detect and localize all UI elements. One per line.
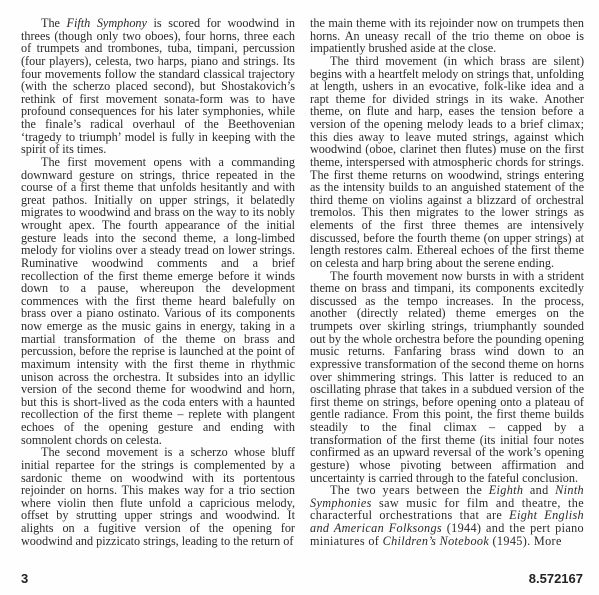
work-title: Children’s Notebook (383, 534, 490, 548)
right-column: the main theme with its rejoinder now on… (310, 17, 584, 547)
paragraph-first-movement: The first movement opens with a commandi… (21, 156, 295, 446)
page-number: 3 (21, 571, 28, 586)
text-span: (1945). More (489, 534, 562, 548)
catalogue-number: 8.572167 (529, 571, 583, 586)
paragraph-third-movement: The third movement (in which brass are s… (310, 55, 584, 270)
text-span: is scored for woodwind in threes (though… (21, 16, 295, 156)
paragraph-second-movement-continued: the main theme with its rejoinder now on… (310, 17, 584, 55)
booklet-page: The Fifth Symphony is scored for woodwin… (0, 0, 599, 595)
paragraph-second-movement: The second movement is a scherzo whose b… (21, 446, 295, 547)
paragraph-fourth-movement: The fourth movement now bursts in with a… (310, 270, 584, 485)
left-column: The Fifth Symphony is scored for woodwin… (21, 17, 295, 547)
paragraph-between-symphonies: The two years between the Eighth and Nin… (310, 484, 584, 547)
paragraph-scoring: The Fifth Symphony is scored for woodwin… (21, 17, 295, 156)
